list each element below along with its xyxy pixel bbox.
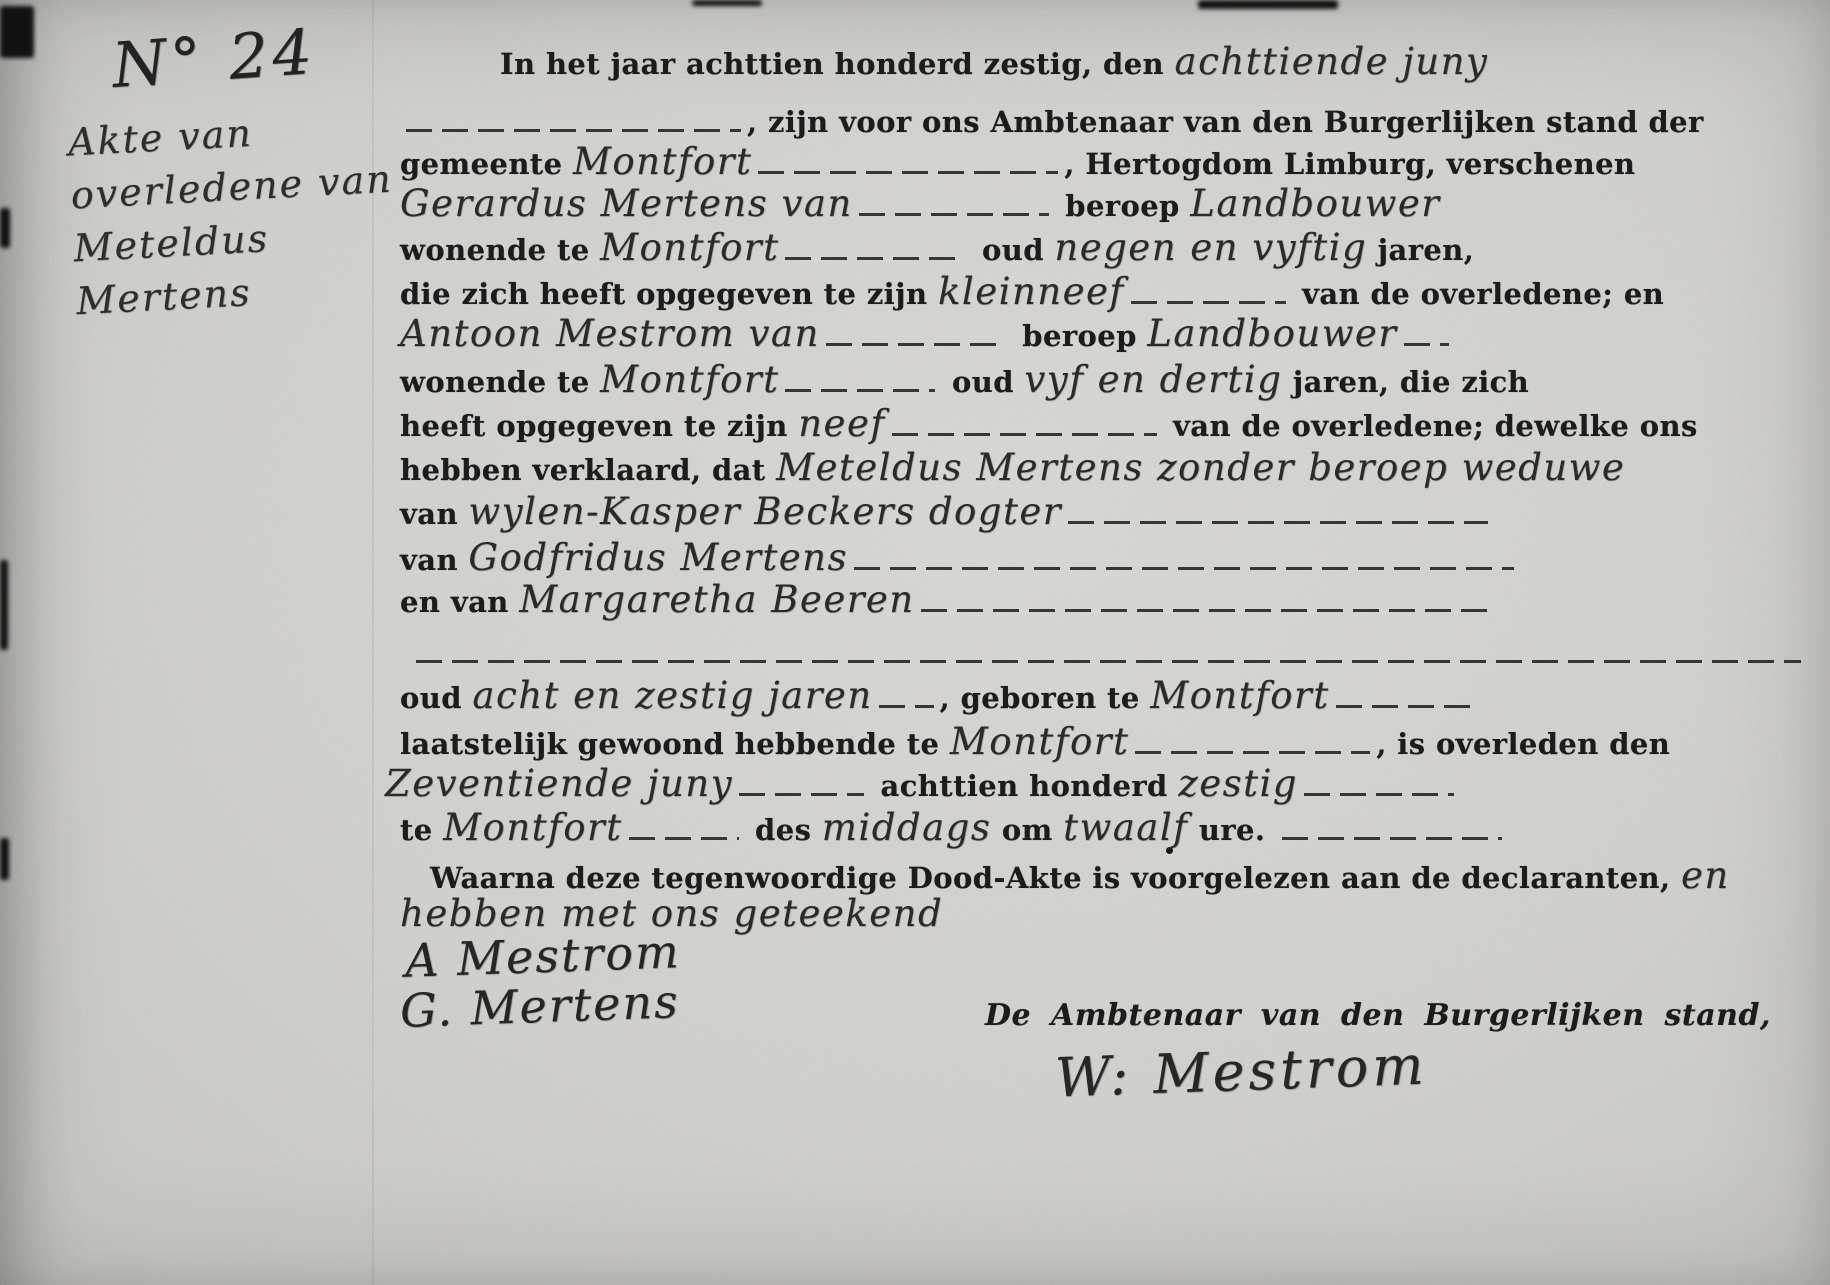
fill-line — [892, 433, 1157, 436]
fill-line — [758, 171, 1058, 174]
handwritten-text: Landbouwer — [1147, 312, 1397, 355]
form-line-7: Antoon Mestrom van beroep Landbouwer — [400, 312, 1455, 363]
printed-text: ure. — [1188, 813, 1276, 847]
form-line-15: oud acht en zestig jaren, geboren te Mon… — [400, 674, 1477, 725]
printed-text: van — [400, 543, 468, 577]
fill-line — [854, 567, 1514, 570]
fill-line — [1068, 521, 1488, 524]
printed-text: heeft opgegeven te zijn — [400, 409, 798, 443]
form-line-1: In het jaar achttien honderd zestig, den… — [500, 40, 1488, 91]
handwritten-text: acht en zestig jaren — [472, 674, 872, 717]
fill-line — [826, 343, 1006, 346]
form-line-11: van wylen-Kasper Beckers dogter — [400, 490, 1494, 541]
printed-text: gemeente — [400, 147, 573, 181]
fill-line — [1135, 751, 1370, 754]
fill-line — [921, 609, 1491, 612]
form-line-13: en van Margaretha Beeren — [400, 578, 1497, 629]
death-certificate-scan: N° 24 Akte vanoverledene vanMeteldusMert… — [0, 0, 1830, 1285]
handwritten-text: achttiende juny — [1175, 40, 1489, 83]
printed-text: wonende te — [400, 233, 600, 267]
fill-line — [1404, 343, 1449, 346]
handwritten-text: Montfort — [443, 806, 622, 849]
signature: G. Mertens — [399, 979, 680, 1033]
handwritten-text: Landbouwer — [1190, 182, 1440, 225]
printed-text: In het jaar achttien honderd zestig, den — [500, 47, 1175, 81]
printed-text: wonende te — [400, 365, 600, 399]
official-signature: W: Mestrom — [1054, 1034, 1428, 1110]
printed-text: van — [400, 497, 468, 531]
handwritten-text: vyf en dertig — [1024, 358, 1282, 401]
fold-line — [372, 0, 374, 1285]
printed-text: Waarna deze tegenwoordige Dood-Akte is v… — [430, 861, 1681, 895]
printed-text: , geboren te — [940, 681, 1151, 715]
printed-text: beroep — [1055, 189, 1190, 223]
ink-smudge — [1198, 0, 1338, 9]
act-number: N° 24 — [110, 15, 318, 102]
printed-text: , Hertogdom Limburg, verschenen — [1064, 147, 1635, 181]
printed-text: van de overledene; dewelke ons — [1163, 409, 1698, 443]
handwritten-text: en — [1681, 854, 1730, 897]
handwritten-text: Antoon Mestrom van — [400, 312, 820, 355]
fill-line — [406, 129, 741, 132]
handwritten-text: Margaretha Beeren — [519, 578, 914, 621]
printed-text: hebben verklaard, dat — [400, 453, 776, 487]
form-line-18: te Montfort des middags om twaalf ure. — [400, 806, 1508, 857]
printed-text: jaren, die zich — [1282, 365, 1529, 399]
printed-text: , is overleden den — [1376, 727, 1670, 761]
printed-text: van de overledene; en — [1292, 277, 1665, 311]
printed-text: die zich heeft opgegeven te zijn — [400, 277, 938, 311]
printed-text: achttien honderd — [870, 769, 1178, 803]
ink-smudge — [0, 838, 9, 880]
printed-text: en van — [400, 585, 519, 619]
fill-line — [629, 837, 739, 840]
handwritten-text: Montfort — [600, 358, 779, 401]
fill-line — [785, 257, 965, 260]
printed-text: , zijn voor ons Ambtenaar van den Burger… — [747, 105, 1704, 139]
handwritten-text: neef — [798, 402, 885, 445]
handwritten-text: negen en vyftig — [1054, 226, 1367, 269]
form-line-22: G. Mertens — [400, 984, 680, 1039]
fill-line — [1282, 837, 1502, 840]
handwritten-text: Gerardus Mertens van — [400, 182, 853, 225]
fill-line — [1304, 793, 1454, 796]
official-title: De Ambtenaar van den Burgerlijken stand, — [985, 998, 1771, 1033]
printed-text: oud — [400, 681, 472, 715]
handwritten-text: Montfort — [600, 226, 779, 269]
fill-line — [416, 660, 1801, 663]
ink-smudge — [0, 208, 10, 248]
printed-text: oud — [971, 233, 1054, 267]
fill-line — [785, 389, 935, 392]
ink-smudge — [0, 560, 8, 650]
margin-note: Akte vanoverledene vanMeteldusMertens — [67, 100, 400, 329]
fill-line — [859, 213, 1049, 216]
handwritten-text: Montfort — [573, 140, 752, 183]
fill-line — [1131, 301, 1286, 304]
printed-text: om — [991, 813, 1063, 847]
handwritten-text: wylen-Kasper Beckers dogter — [468, 490, 1062, 533]
handwritten-text: middags — [822, 806, 992, 849]
printed-text: laatstelijk gewoond hebbende te — [400, 727, 950, 761]
handwritten-text: twaalf — [1063, 806, 1188, 849]
handwritten-text: zestig — [1178, 762, 1298, 805]
handwritten-text: Montfort — [1150, 674, 1329, 717]
printed-text: des — [745, 813, 822, 847]
printed-text: te — [400, 813, 443, 847]
handwritten-text: Zeventiende juny — [385, 762, 733, 805]
ink-smudge — [692, 0, 762, 6]
ink-dot — [1166, 847, 1173, 854]
fill-line — [739, 793, 864, 796]
printed-text: beroep — [1012, 319, 1147, 353]
handwritten-text: Montfort — [950, 720, 1129, 763]
fill-line — [1336, 705, 1471, 708]
printed-text: jaren, — [1367, 233, 1474, 267]
ink-smudge — [0, 6, 34, 58]
handwritten-text: Godfridus Mertens — [468, 536, 848, 579]
handwritten-text: kleinneef — [938, 270, 1125, 313]
handwritten-text: Meteldus Mertens zonder beroep weduwe — [776, 446, 1625, 489]
printed-text: oud — [941, 365, 1024, 399]
fill-line — [879, 705, 934, 708]
